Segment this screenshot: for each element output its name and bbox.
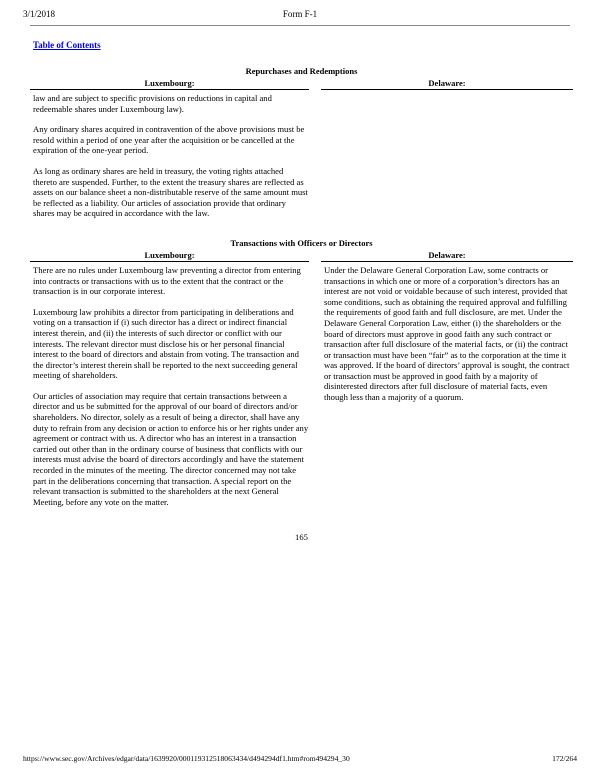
page-content: Table of Contents Repurchases and Redemp… [30,30,573,542]
page-number: 165 [30,532,573,542]
paragraph: Any ordinary shares acquired in contrave… [33,124,309,156]
column-header-luxembourg: Luxembourg: [30,79,309,90]
paragraph: Luxembourg law prohibits a director from… [33,307,309,381]
luxembourg-column: Luxembourg: There are no rules under Lux… [30,251,309,517]
header-date: 3/1/2018 [23,9,55,19]
header-form-title: Form F-1 [283,9,317,19]
section-title-transactions: Transactions with Officers or Directors [30,238,573,248]
paragraph: Our articles of association may require … [33,391,309,508]
footer-url: https://www.sec.gov/Archives/edgar/data/… [23,754,350,763]
column-header-luxembourg: Luxembourg: [30,251,309,262]
table-of-contents-link[interactable]: Table of Contents [33,40,101,50]
section-title-repurchases: Repurchases and Redemptions [30,66,573,76]
column-header-delaware: Delaware: [321,251,573,262]
section-transactions: Transactions with Officers or Directors … [30,238,573,517]
comparison-table: Luxembourg: There are no rules under Lux… [30,251,573,517]
paragraph: law and are subject to specific provisio… [33,93,309,114]
section-repurchases: Repurchases and Redemptions Luxembourg: … [30,66,573,229]
document-page: 3/1/2018 Form F-1 Table of Contents Repu… [0,0,600,776]
footer-page-indicator: 172/264 [552,754,577,763]
print-footer: https://www.sec.gov/Archives/edgar/data/… [23,754,577,763]
paragraph: As long as ordinary shares are held in t… [33,166,309,219]
paragraph: Under the Delaware General Corporation L… [324,265,573,403]
header-divider [30,25,570,26]
print-header: 3/1/2018 Form F-1 [23,9,577,19]
paragraph: There are no rules under Luxembourg law … [33,265,309,297]
delaware-column: Delaware: Under the Delaware General Cor… [321,251,573,517]
delaware-column: Delaware: [321,79,573,229]
column-header-delaware: Delaware: [321,79,573,90]
luxembourg-column: Luxembourg: law and are subject to speci… [30,79,309,229]
comparison-table: Luxembourg: law and are subject to speci… [30,79,573,229]
